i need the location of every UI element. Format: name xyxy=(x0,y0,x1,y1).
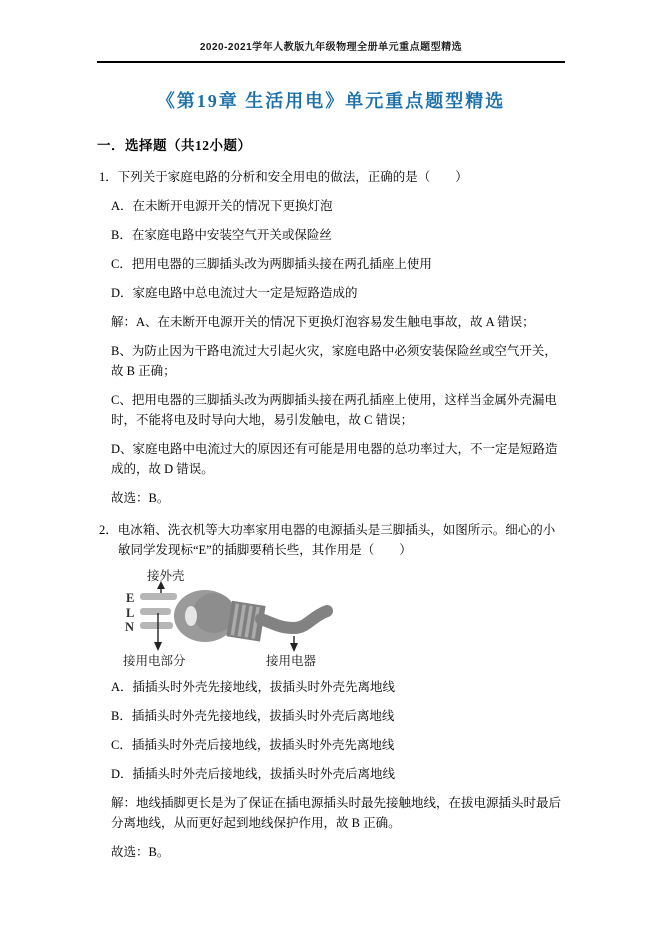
question-1-analysis-c: C、把用电器的三脚插头改为两脚插头接在两孔插座上使用，这样当金属外壳漏电时，不能… xyxy=(111,390,565,430)
question-1-option-b: B．在家庭电路中安装空气开关或保险丝 xyxy=(111,225,565,245)
figure-label-appliance: 接用电器 xyxy=(266,653,317,668)
course-header-text: 2020-2021学年人教版九年级物理全册单元重点题型精选 xyxy=(200,42,462,53)
page-header: 2020-2021学年人教版九年级物理全册单元重点题型精选 xyxy=(97,38,565,63)
question-1-analysis-d: D、家庭电路中电流过大的原因还有可能是用电器的总功率过大，不一定是短路造成的，故… xyxy=(111,439,565,479)
pin-label-e: E xyxy=(126,591,134,605)
question-2: 2．电冰箱、洗衣机等大功率家用电器的电源插头是三脚插头，如图所示。细心的小敏同学… xyxy=(97,520,565,862)
question-2-option-d: D．插插头时外壳后接地线，拔插头时外壳后离地线 xyxy=(111,764,565,784)
question-1-stem: 1．下列关于家庭电路的分析和安全用电的做法，正确的是（ ） xyxy=(99,167,565,187)
three-prong-plug-illustration: 接外壳 E L N xyxy=(111,569,341,669)
question-2-analysis: 解：地线插脚更长是为了保证在插电源插头时最先接触地线，在拔电源插头时最后分离地线… xyxy=(111,793,565,833)
document-title: 《第19章 生活用电》单元重点题型精选 xyxy=(97,88,565,114)
figure-label-shell: 接外壳 xyxy=(147,569,185,583)
question-2-answer: 故选：B。 xyxy=(111,842,565,862)
plug-figure: 接外壳 E L N xyxy=(111,569,565,669)
worksheet-page: 2020-2021学年人教版九年级物理全册单元重点题型精选 《第19章 生活用电… xyxy=(0,0,661,935)
question-2-option-c: C．插插头时外壳后接地线，拔插头时外壳先离地线 xyxy=(111,735,565,755)
question-1-analysis-a: 解：A、在未断开电源开关的情况下更换灯泡容易发生触电事故，故 A 错误； xyxy=(111,312,565,332)
question-1-answer: 故选：B。 xyxy=(111,488,565,508)
plug-cable xyxy=(261,611,327,628)
question-1-option-a: A．在未断开电源开关的情况下更换灯泡 xyxy=(111,196,565,216)
question-1-analysis-b: B、为防止因为干路电流过大引起火灾，家庭电路中必须安装保险丝或空气开关，故 B … xyxy=(111,341,565,381)
pin-label-n: N xyxy=(125,620,134,634)
question-2-option-b: B．插插头时外壳先接地线，拔插头时外壳后离地线 xyxy=(111,706,565,726)
question-1-option-d: D．家庭电路中总电流过大一定是短路造成的 xyxy=(111,283,565,303)
question-2-stem: 2．电冰箱、洗衣机等大功率家用电器的电源插头是三脚插头，如图所示。细心的小敏同学… xyxy=(99,520,565,560)
question-1-option-c: C．把用电器的三脚插头改为两脚插头接在两孔插座上使用 xyxy=(111,254,565,274)
question-1: 1．下列关于家庭电路的分析和安全用电的做法，正确的是（ ） A．在未断开电源开关… xyxy=(97,167,565,508)
pin-label-l: L xyxy=(126,606,134,620)
plug-body xyxy=(174,590,236,642)
down-arrow-appliance-icon xyxy=(290,636,298,652)
section-heading: 一．选择题（共12小题） xyxy=(97,137,565,155)
question-2-option-a: A．插插头时外壳先接地线，拔插头时外壳先离地线 xyxy=(111,677,565,697)
figure-label-part: 接用电部分 xyxy=(123,653,186,668)
down-arrow-part-icon xyxy=(154,613,162,651)
